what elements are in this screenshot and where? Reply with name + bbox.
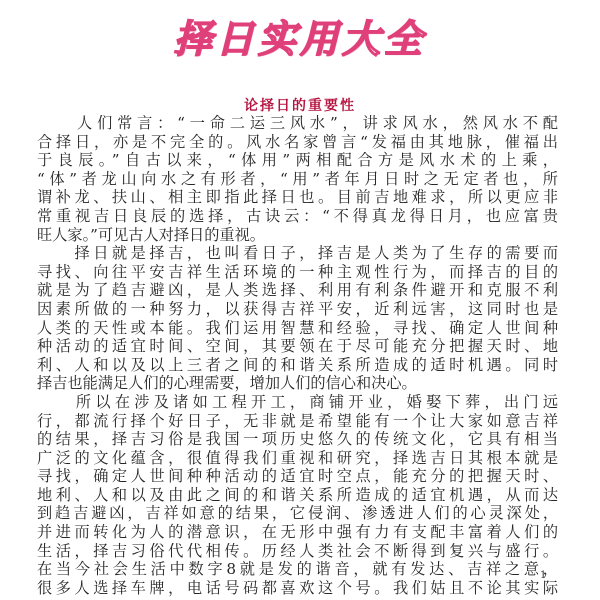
text-line: 并进而转化为人的潜意识，在无形中强有力有支配丰富着人们的 [37, 523, 558, 542]
text-line: 谓补龙、扶山、相主即指此择日也。目前吉地难求，所以更应非 [37, 188, 558, 207]
text-line: 人们常言：“一命二运三风水”，讲求风水，然风水不配 [37, 114, 558, 133]
text-line: 生活，择吉习俗代代相传。历经人类社会不断得到复兴与盛行。 [37, 542, 558, 561]
text-line: 很多人选择车牌，电话号码都喜欢这个号。我们姑且不论其实际 [37, 579, 558, 598]
text-line: “体”者龙山向水之有形者，“用”者年月日时之无定者也，所 [37, 170, 558, 189]
text-line: 行，都流行择个好日子，无非就是希望能有一个让大家如意吉祥 [37, 412, 558, 431]
text-line: 合择日，亦是不完全的。风水名家曾言“发福由其地脉，催福出 [37, 133, 558, 152]
page-title: 择日实用大全 [0, 14, 600, 64]
text-line: 就是为了趋吉避凶，是人类选择、利用有利条件避开和克服不利 [37, 281, 558, 300]
text-line: 种活动的适宜时间、空间，其要领在于尽可能充分把握天时、地 [37, 337, 558, 356]
text-line: 于良辰。”自古以来，“体用”两相配合方是风水术的上乘， [37, 151, 558, 170]
text-line: 旺人家。”可见古人对择日的重视。 [37, 226, 558, 245]
text-line: 寻找，确定人世间种种活动的适宜时空点，能充分的把握天时、 [37, 467, 558, 486]
text-line: 择吉也能满足人们的心理需要，增加人们的信心和决心。 [37, 374, 558, 393]
text-line: 常重视吉日良辰的选择，古诀云：“不得真龙得日月，也应富贵 [37, 207, 558, 226]
section-heading: 论择日的重要性 [0, 96, 600, 116]
text-line: 在当今社会生活中数字8就是发的谐音，就有发达、吉祥之意， [37, 560, 558, 579]
text-line: 择日就是择吉，也叫看日子，择吉是人类为了生存的需要而 [37, 244, 558, 263]
body-text: 人们常言：“一命二运三风水”，讲求风水，然风水不配 合择日，亦是不完全的。风水名… [37, 114, 558, 597]
text-line: 广泛的文化蕴含，很值得我们重视和研究，择选吉日其根本就是 [37, 449, 558, 468]
text-line: 人类的天性或本能。我们运用智慧和经验，寻找、确定人世间种 [37, 319, 558, 338]
text-line: 寻找、向往平安吉祥生活环境的一种主观性行为，而择吉的目的 [37, 263, 558, 282]
text-line: 地利、人和以及由此之间的和谐关系所造成的适宜机遇，从而达 [37, 486, 558, 505]
text-line: 利、人和以及以上三者之间的和谐关系所造成的适时机遇。同时 [37, 356, 558, 375]
text-line: 到趋吉避凶，吉祥如意的结果，它侵润、渗透进人们的心灵深处， [37, 504, 558, 523]
text-line: 所以在涉及诸如工程开工，商铺开业，婚娶下葬，出门远 [37, 393, 558, 412]
page-number: 1 [540, 570, 546, 581]
text-line: 因素所做的一种努力，以获得吉祥平安，近利远害，这同时也是 [37, 300, 558, 319]
text-line: 的结果，择吉习俗是我国一项历史悠久的传统文化，它具有相当 [37, 430, 558, 449]
